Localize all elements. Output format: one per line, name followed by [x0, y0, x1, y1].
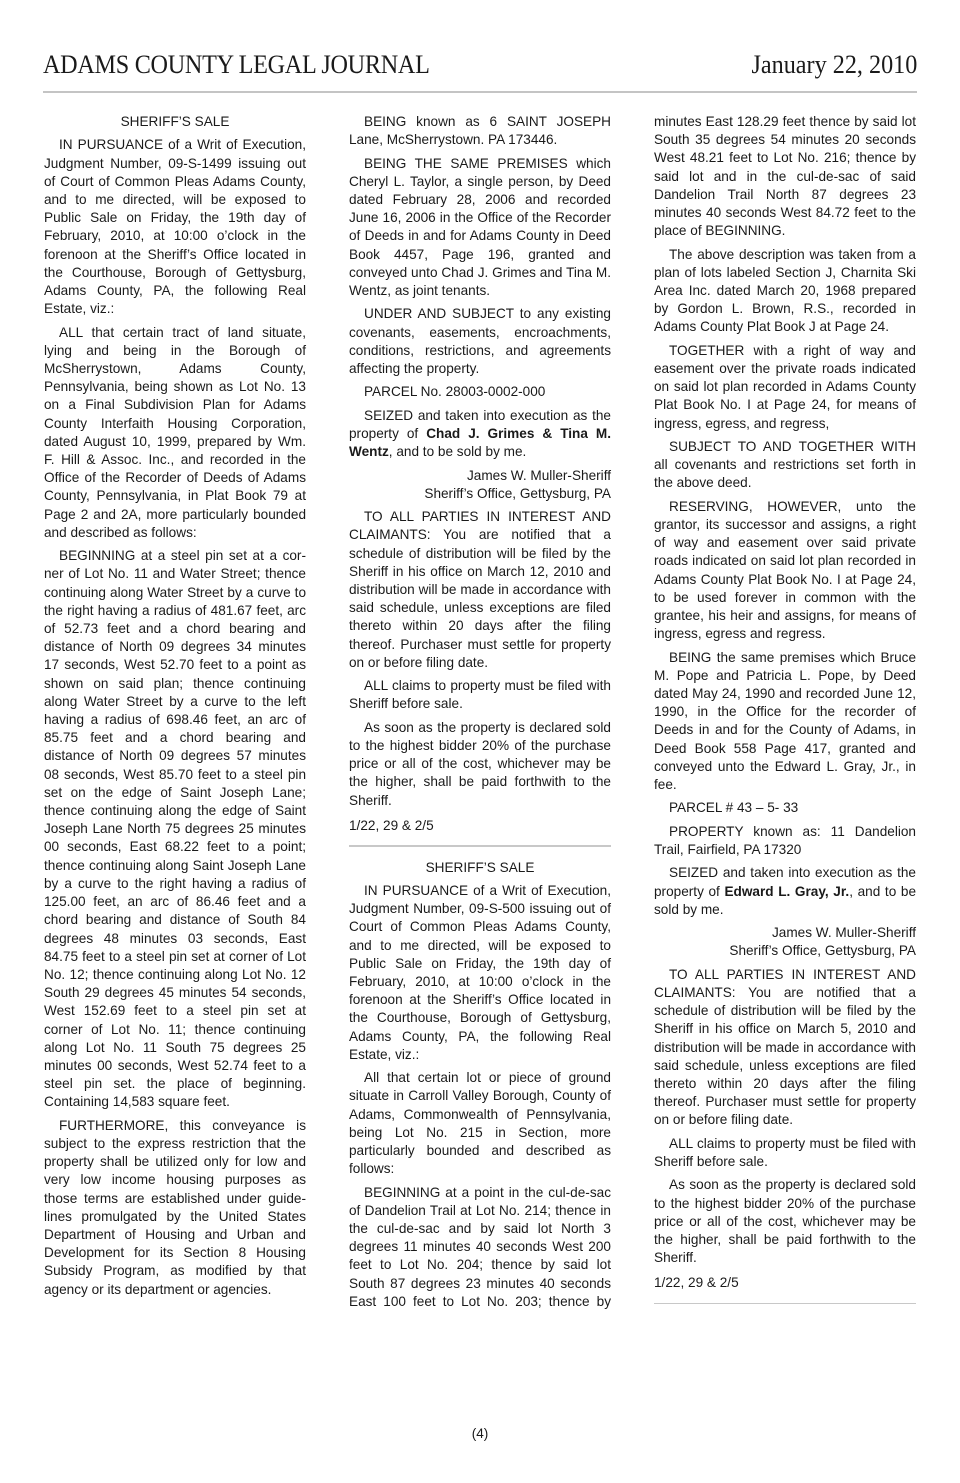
notice-divider	[349, 845, 611, 847]
notice-2-together-paragraph: TOGETHER with a right of way and easemen…	[654, 342, 916, 433]
column-1: SHERIFF’S SALE IN PURSUANCE of a Writ of…	[44, 113, 306, 1304]
notice-1-claims-paragraph: ALL claims to property must be filed wit…	[349, 677, 611, 713]
property-owner: Edward L. Gray, Jr.	[724, 884, 849, 899]
notice-2-description-source: The above description was taken from a p…	[654, 246, 916, 337]
notice-2-payment-paragraph: As soon as the property is declared sold…	[654, 1176, 916, 1267]
notice-1-furthermore-paragraph: FURTHERMORE, this conveyance is subject …	[44, 1117, 306, 1299]
notice-1-beginning-paragraph: BEGINNING at a steel pin set at a cor­ne…	[44, 547, 306, 1111]
notice-2-heading: SHERIFF’S SALE	[349, 859, 611, 877]
notice-end-divider	[654, 1303, 916, 1305]
notice-1-seized-paragraph: SEIZED and taken into execution as the p…	[349, 407, 611, 462]
journal-title: ADAMS COUNTY LEGAL JOURNAL	[43, 50, 430, 80]
notice-1-known-as-paragraph: BEING known as 6 SAINT JOSEPH Lane, McSh…	[349, 113, 611, 149]
notice-1-parcel: PARCEL No. 28003-0002-000	[349, 383, 611, 401]
issue-date: January 22, 2010	[751, 50, 917, 80]
column-2: BEING known as 6 SAINT JOSEPH Lane, McSh…	[349, 113, 611, 1311]
notice-2-same-premises-paragraph: BEING the same premises which Bruce M. P…	[654, 649, 916, 795]
notice-1-same-premises-paragraph: BEING THE SAME PREMISES which Cheryl L. …	[349, 155, 611, 301]
notice-2-writ-paragraph: IN PURSUANCE of a Writ of Execution, Jud…	[349, 882, 611, 1064]
notice-1-parties-paragraph: TO ALL PARTIES IN INTEREST AND CLAIMANTS…	[349, 508, 611, 672]
notice-2-subject-paragraph: SUBJECT TO AND TOGETHER WITH all covenan…	[654, 438, 916, 493]
notice-1-sheriff-name: James W. Muller-Sheriff	[349, 467, 611, 485]
column-3: minutes East 128.29 feet thence by said …	[654, 113, 916, 1316]
page-number: (4)	[0, 1426, 960, 1441]
notice-2-run-dates: 1/22, 29 & 2/5	[654, 1274, 916, 1292]
header-divider	[43, 91, 917, 93]
notice-2-claims-paragraph: ALL claims to property must be filed wit…	[654, 1135, 916, 1171]
notice-2-sheriff-name: James W. Muller-Sheriff	[654, 924, 916, 942]
notice-1-under-subject-paragraph: UNDER AND SUBJECT to any exist­ing coven…	[349, 305, 611, 378]
notice-1-run-dates: 1/22, 29 & 2/5	[349, 817, 611, 835]
notice-1-tract-paragraph: ALL that certain tract of land situate, …	[44, 324, 306, 542]
notice-2-reserving-paragraph: RESERVING, HOWEVER, unto the grantor, it…	[654, 498, 916, 644]
notice-2-sheriff-office: Sheriff’s Office, Gettysburg, PA	[654, 942, 916, 960]
notice-1-payment-paragraph: As soon as the property is declared sold…	[349, 719, 611, 810]
notice-2-seized-paragraph: SEIZED and taken into execution as the p…	[654, 864, 916, 919]
notice-1-sheriff-office: Sheriff’s Office, Gettysburg, PA	[349, 485, 611, 503]
notice-2-property-address: PROPERTY known as: 11 Dandelion Trail, F…	[654, 823, 916, 859]
notice-2-parties-paragraph: TO ALL PARTIES IN INTEREST AND CLAIMANTS…	[654, 966, 916, 1130]
notice-2-beginning-continued: minutes East 128.29 feet thence by said …	[654, 113, 916, 240]
notice-2-lot-paragraph: All that certain lot or piece of ground …	[349, 1069, 611, 1178]
notice-1-heading: SHERIFF’S SALE	[44, 113, 306, 131]
page-header: ADAMS COUNTY LEGAL JOURNAL January 22, 2…	[43, 50, 917, 90]
seized-text-end: , and to be sold by me.	[389, 444, 527, 459]
notice-2-beginning-paragraph: BEGINNING at a point in the cul-de-sac o…	[349, 1184, 611, 1311]
notice-2-parcel: PARCEL # 43 – 5- 33	[654, 799, 916, 817]
notice-1-writ-paragraph: IN PURSUANCE of a Writ of Execution, Jud…	[44, 136, 306, 318]
